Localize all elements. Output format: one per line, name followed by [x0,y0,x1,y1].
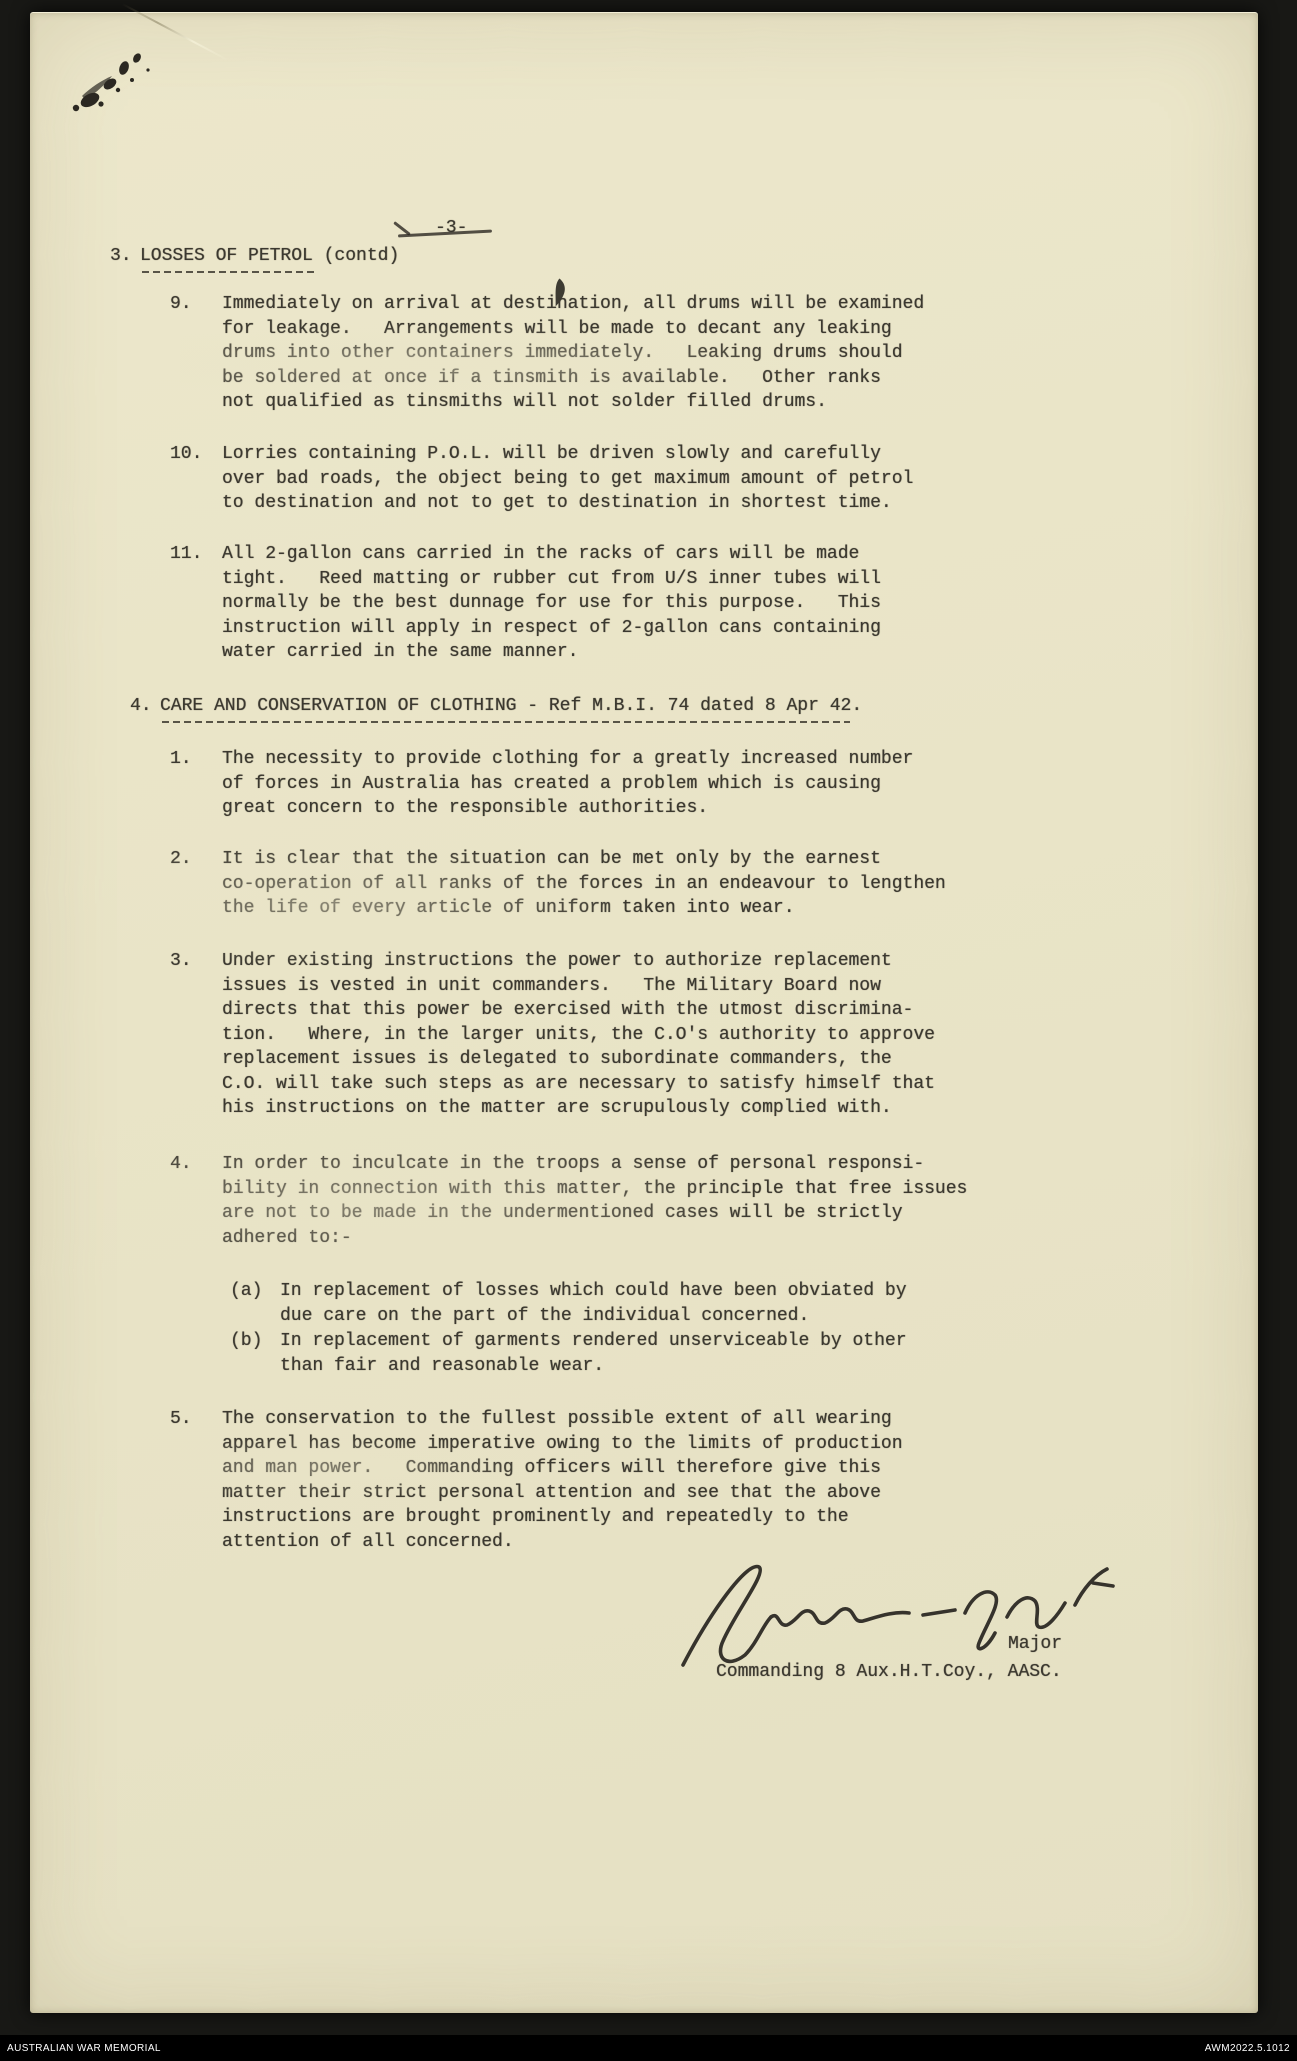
item-text: In replacement of losses which could hav… [280,1279,907,1328]
archive-institution-label: AUSTRALIAN WAR MEMORIAL [7,2043,161,2054]
list-item-2: 2. It is clear that the situation can be… [170,847,946,921]
item-number: 3. [170,949,222,1121]
list-item-5: 5. The conservation to the fullest possi… [170,1407,903,1554]
list-item-10: 10. Lorries containing P.O.L. will be dr… [170,442,913,516]
signature-rank: Major [1008,1632,1062,1657]
section-number: 3. [110,244,140,269]
item-number: (a) [230,1279,280,1328]
list-subitem-a: (a) In replacement of losses which could… [230,1279,907,1328]
photo-background: -3- 3. LOSSES OF PETROL (contd) 9. Immed… [0,0,1297,2061]
item-text: It is clear that the situation can be me… [222,847,946,921]
item-number: 9. [170,292,222,415]
section-title: LOSSES OF PETROL (contd) [140,244,399,269]
list-item-4: 4. In order to inculcate in the troops a… [170,1152,967,1250]
item-text: Lorries containing P.O.L. will be driven… [222,442,913,516]
item-number: (b) [230,1329,280,1378]
item-text: All 2-gallon cans carried in the racks o… [222,542,881,665]
item-text: In replacement of garments rendered unse… [280,1329,907,1378]
item-number: 5. [170,1407,222,1554]
signature-unit-line: Commanding 8 Aux.H.T.Coy., AASC. [716,1660,1062,1685]
item-number: 10. [170,442,222,516]
archive-caption-bar: AUSTRALIAN WAR MEMORIAL AWM2022.5.1012 [0,2035,1297,2061]
item-number: 4. [170,1152,222,1250]
section-heading-losses-of-petrol: 3. LOSSES OF PETROL (contd) [110,244,399,269]
section-heading-care-of-clothing: 4. CARE AND CONSERVATION OF CLOTHING - R… [130,694,862,719]
archive-accession-number: AWM2022.5.1012 [1205,2043,1290,2054]
list-subitem-b: (b) In replacement of garments rendered … [230,1329,907,1378]
item-number: 11. [170,542,222,665]
item-text: The necessity to provide clothing for a … [222,747,913,821]
list-item-11: 11. All 2-gallon cans carried in the rac… [170,542,881,665]
item-text: In order to inculcate in the troops a se… [222,1152,967,1250]
item-text: Immediately on arrival at destination, a… [222,292,924,415]
item-text: Under existing instructions the power to… [222,949,935,1121]
list-item-9: 9. Immediately on arrival at destination… [170,292,924,415]
page-number: -3- [435,216,467,241]
item-text: The conservation to the fullest possible… [222,1407,903,1554]
item-number: 1. [170,747,222,821]
list-item-1: 1. The necessity to provide clothing for… [170,747,913,821]
section-title: CARE AND CONSERVATION OF CLOTHING - Ref … [160,694,862,719]
item-number: 2. [170,847,222,921]
document-page: -3- 3. LOSSES OF PETROL (contd) 9. Immed… [30,12,1258,2013]
list-item-3: 3. Under existing instructions the power… [170,949,935,1121]
ink-blot [60,38,175,138]
section-number: 4. [130,694,160,719]
